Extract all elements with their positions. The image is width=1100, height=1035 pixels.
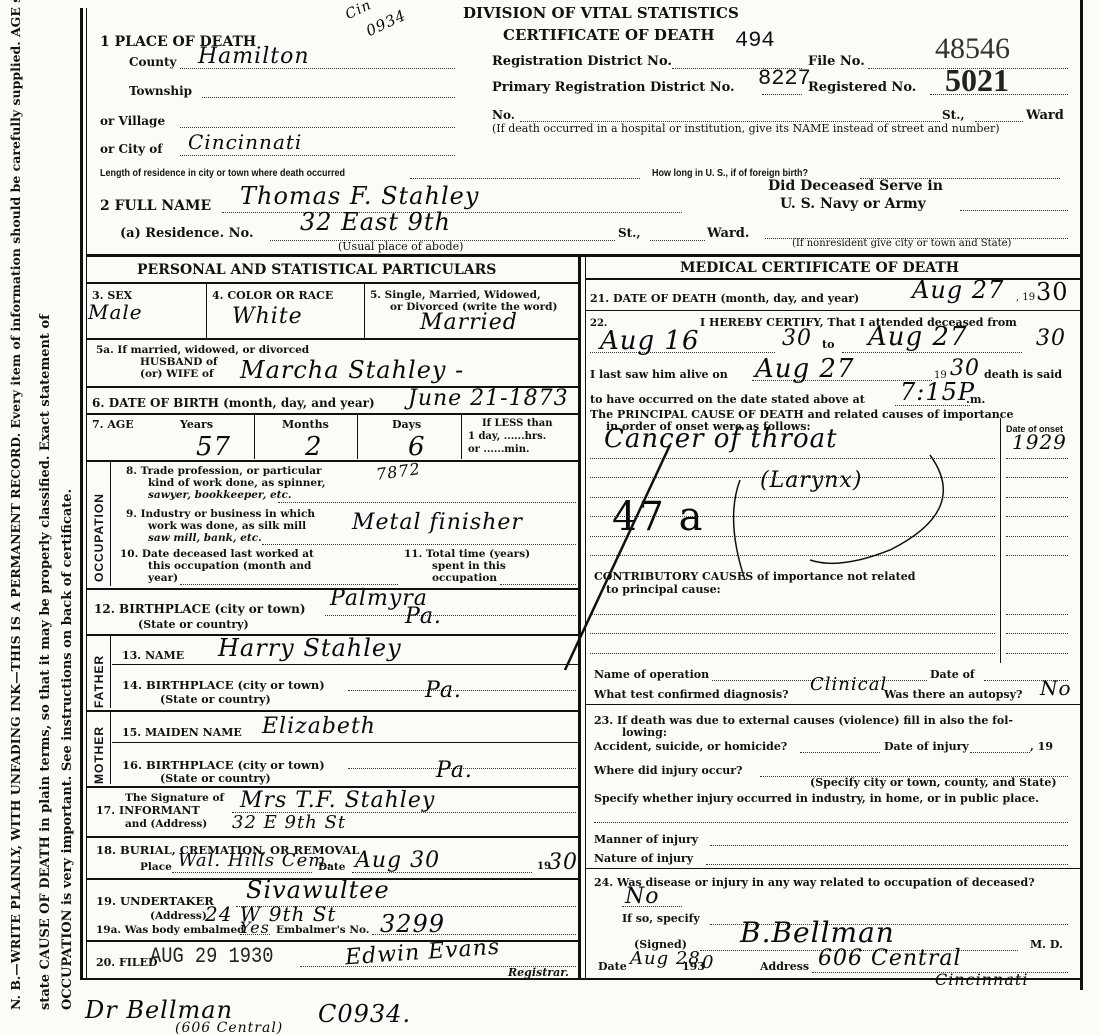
attended-to-value: Aug 27 [868, 322, 968, 352]
burial-place-line [172, 872, 312, 873]
if-so-label: If so, specify [622, 912, 700, 925]
undertaker-label: 19. UNDERTAKER [96, 894, 214, 908]
father-divider [110, 636, 111, 708]
manner-label: Manner of injury [594, 833, 698, 846]
row-rule-3 [86, 338, 578, 340]
onset-line-2 [1006, 477, 1068, 478]
residence-label: (a) Residence. No. [120, 226, 254, 241]
trade-label-1: 8. Trade profession, or particular [126, 465, 322, 477]
test-label: What test confirmed diagnosis? [594, 688, 789, 701]
days-divider [461, 415, 462, 459]
operation-date-label: Date of [930, 668, 975, 681]
contributory-onset-2 [1006, 633, 1068, 634]
full-name-value: Thomas F. Stahley [240, 182, 479, 210]
where-note: (Specify city or town, county, and State… [810, 776, 1057, 789]
burial-place-value: Wal. Hills Cem. [178, 850, 333, 871]
date-of-death-value: Aug 27 [912, 276, 1004, 304]
autopsy-value: No [1040, 676, 1072, 700]
industry-label-3: saw mill, bank, etc. [148, 532, 262, 544]
operation-label: Name of operation [594, 668, 709, 681]
mother-maiden-label: 15. MAIDEN NAME [122, 726, 242, 739]
trade-code: 7872 [375, 459, 422, 484]
row-rule-17 [86, 836, 578, 838]
onset-value: 1929 [1012, 430, 1067, 454]
informant-label-2: 17. INFORMANT [96, 804, 200, 817]
last-worked-label-1: 10. Date deceased last worked at [120, 548, 314, 560]
mother-vertical-label: MOTHER [92, 726, 106, 784]
street-no-label: No. [492, 108, 515, 122]
race-divider [364, 284, 365, 338]
residence-ward-label: Ward. [707, 226, 749, 241]
m-label: .m. [966, 393, 985, 406]
abode-note: (Usual place of abode) [338, 240, 463, 253]
residence-value: 32 East 9th [300, 208, 451, 236]
death-certificate: N. B.—WRITE PLAINLY, WITH UNFADING INK—T… [0, 0, 1100, 1035]
township-line [202, 97, 455, 98]
spouse-label-1: 5a. If married, widowed, or divorced [96, 344, 309, 356]
registered-no-value: 5021 [945, 62, 1009, 99]
medical-heading-rule [586, 278, 1080, 280]
full-name-line [222, 212, 682, 213]
burial-place-label: Place [140, 861, 172, 873]
last-saw-value: Aug 27 [755, 354, 855, 384]
occupation-divider [110, 462, 111, 586]
city-value: Cincinnati [188, 130, 302, 154]
date-of-death-year: 30 [1036, 278, 1069, 306]
registered-no-label: Registered No. [808, 80, 916, 95]
embalmed-label: 19a. Was body embalmed [96, 924, 244, 936]
date-of-death-label: 21. DATE OF DEATH (month, day, and year) [590, 292, 859, 305]
attended-to-line [842, 352, 1022, 353]
last-worked-label-2: this occupation (month and [148, 560, 311, 572]
county-label: County [129, 55, 177, 69]
section-divider-top [86, 254, 1080, 257]
length-residence-line [410, 178, 640, 179]
footer-note-code: C0934. [318, 1000, 411, 1028]
onset-line-6 [1006, 555, 1068, 556]
trade-line [278, 502, 576, 503]
informant-value: Mrs T.F. Stahley [240, 788, 435, 813]
margin-instruction-line-2: state CAUSE OF DEATH in plain terms, so … [38, 314, 53, 1010]
date-label: Date [598, 960, 627, 973]
informant-label-3: and (Address) [125, 818, 207, 830]
burial-date-label: Date [318, 861, 345, 873]
md-label: M. D. [1030, 938, 1063, 951]
birthplace-label-2: (State or country) [138, 618, 249, 631]
personal-heading: PERSONAL AND STATISTICAL PARTICULARS [137, 262, 496, 278]
nonresident-note: (If nonresident give city or town and St… [792, 238, 1011, 249]
occupation-vertical-label: OCCUPATION [92, 493, 106, 582]
accident-label: Accident, suicide, or homicide? [594, 740, 787, 753]
days-value: 6 [408, 432, 426, 462]
last-saw-label: I last saw him alive on [590, 368, 728, 381]
time-value: 7:15P [900, 378, 975, 406]
attended-from-value: Aug 16 [600, 326, 700, 356]
registration-district-value: 494 [735, 28, 775, 53]
full-name-label: 2 FULL NAME [100, 198, 211, 214]
length-residence-label: Length of residence in city or town wher… [100, 168, 345, 179]
onset-column-divider [1000, 418, 1001, 663]
onset-line-3 [1006, 497, 1068, 498]
accident-line [800, 752, 880, 753]
row-rule-7 [86, 460, 578, 462]
row-rule-6 [86, 413, 578, 415]
occupation-related-label: 24. Was disease or injury in any way rel… [594, 876, 1035, 889]
row-rule-15 [112, 742, 578, 743]
navy-army-label-1: Did Deceased Serve in [768, 178, 943, 194]
less-label-1: If LESS than [482, 418, 552, 429]
specify-place-label: Specify whether injury occurred in indus… [594, 792, 1039, 805]
address-value: 606 Central [818, 946, 962, 971]
dob-label: 6. DATE OF BIRTH (month, day, and year) [92, 396, 375, 410]
row-rule-14 [86, 710, 578, 712]
footer-note-line-2: (606 Central) [175, 1020, 283, 1035]
street-st-label: St., [942, 108, 965, 122]
father-birthplace-line [348, 690, 576, 691]
embalmer-no-label: Embalmer's No. [276, 924, 369, 936]
age-label: 7. AGE [92, 418, 134, 431]
informant-address: 32 E 9th St [232, 812, 346, 833]
undertaker-address-label: (Address) [150, 910, 207, 922]
primary-district-label: Primary Registration District No. [492, 80, 735, 95]
undertaker-value: Sivawultee [246, 876, 390, 904]
city-line [180, 155, 455, 156]
diagonal-slash-mark [560, 440, 680, 680]
nature-label: Nature of injury [594, 852, 693, 865]
frame-bottom [80, 978, 1083, 980]
personal-heading-rule [86, 282, 578, 284]
residence-st-label: St., [618, 226, 641, 240]
less-label-3: or ......min. [468, 444, 529, 455]
mother-birthplace-label-1: 16. BIRTHPLACE (city or town) [122, 758, 325, 772]
date-year-value: 0 [702, 952, 714, 973]
birthplace-state: Pa. [405, 604, 442, 629]
city-label: or City of [100, 142, 162, 156]
total-time-label-2: spent in this [432, 560, 506, 572]
residence-ward-line [650, 240, 705, 241]
years-divider [254, 415, 255, 459]
test-value: Clinical [810, 674, 887, 695]
village-label: or Village [100, 114, 165, 128]
informant-label-1: The Signature of [125, 792, 224, 804]
registration-district-label: Registration District No. [492, 54, 672, 69]
marital-value: Married [420, 310, 518, 335]
to-label: to [822, 338, 834, 351]
last-worked-label-3: year) [148, 572, 178, 584]
onset-line-1 [1006, 458, 1068, 459]
row-rule-19 [86, 940, 578, 942]
occurred-label: to have occurred on the date stated abov… [590, 393, 865, 406]
hospital-note: (If death occurred in a hospital or inst… [492, 122, 1000, 135]
certify-label: I HEREBY CERTIFY, That I attended deceas… [700, 316, 1017, 329]
contributory-onset-3 [1006, 653, 1068, 654]
marital-label-1: 5. Single, Married, Widowed, [370, 289, 541, 301]
occupation-related-value: No [625, 884, 660, 909]
total-time-label-3: occupation [432, 572, 497, 584]
frame-right [1080, 0, 1083, 990]
township-label: Township [129, 84, 192, 98]
spouse-value: Marcha Stahley - [240, 356, 464, 384]
external-label-2: lowing: [622, 726, 667, 739]
where-label: Where did injury occur? [594, 764, 743, 777]
frame-left-inner [86, 8, 87, 978]
file-no-value: 48546 [935, 32, 1010, 66]
village-line [180, 127, 455, 128]
embalmer-no-value: 3299 [380, 910, 445, 938]
onset-line-4 [1006, 516, 1068, 517]
injury-date-line [970, 752, 1030, 753]
father-vertical-label: FATHER [92, 655, 106, 708]
industry-label-2: work was done, as silk mill [148, 520, 306, 532]
attended-from-year: 30 [782, 326, 812, 351]
race-label: 4. COLOR OR RACE [212, 289, 333, 302]
father-birthplace-label-2: (State or country) [160, 693, 271, 706]
attended-to-year: 30 [1036, 326, 1066, 351]
registrar-label: Registrar. [508, 966, 569, 979]
medical-row-rule-op [586, 704, 1080, 705]
contributory-onset-1 [1006, 614, 1068, 615]
father-name-value: Harry Stahley [218, 634, 402, 662]
months-value: 2 [305, 432, 323, 462]
address-label: Address [760, 960, 809, 973]
frame-left [80, 8, 83, 978]
primary-district-value: 8227 [758, 66, 811, 91]
burial-year-value: 30 [548, 850, 578, 875]
mother-birthplace-value: Pa. [436, 758, 473, 783]
date-of-death-year-prefix: , 19 [1016, 292, 1035, 303]
nature-line [706, 864, 1068, 865]
last-worked-line [180, 584, 398, 585]
manner-line [710, 845, 1068, 846]
death-said-label: death is said [984, 368, 1062, 381]
race-value: White [232, 304, 303, 329]
spouse-label-3: (or) WIFE of [140, 368, 213, 380]
row-rule-13 [112, 664, 578, 665]
filed-stamp: AUG 29 1930 [150, 944, 273, 969]
cause-bracket-arc [720, 450, 960, 590]
industry-line [262, 544, 576, 545]
division-title: DIVISION OF VITAL STATISTICS [463, 4, 739, 22]
industry-value: Metal finisher [352, 510, 523, 535]
margin-instruction-line-3: OCCUPATION is very important. See instru… [60, 489, 75, 1010]
sex-value: Male [88, 300, 143, 324]
medical-row-rule-21 [586, 310, 1080, 311]
industry-label-1: 9. Industry or business in which [126, 508, 315, 520]
birthplace-line [325, 615, 576, 616]
navy-army-label-2: U. S. Navy or Army [780, 196, 926, 212]
mother-maiden-value: Elizabeth [262, 714, 376, 739]
father-birthplace-value: Pa. [425, 678, 462, 703]
months-label: Months [282, 418, 329, 431]
onset-line-5 [1006, 536, 1068, 537]
days-label: Days [392, 418, 421, 431]
burial-date-value: Aug 30 [355, 848, 440, 873]
injury-year-prefix: , 19 [1030, 740, 1053, 753]
years-value: 57 [196, 432, 231, 462]
signed-value: B.Bellman [740, 916, 895, 949]
mother-divider [110, 712, 111, 784]
specify-place-line [594, 822, 1068, 823]
trade-label-2: kind of work done, as spinner, [148, 477, 326, 489]
years-label: Years [180, 418, 213, 431]
father-birthplace-label-1: 14. BIRTHPLACE (city or town) [122, 678, 325, 692]
mother-birthplace-label-2: (State or country) [160, 772, 271, 785]
undertaker-address-value: 24 W 9th St [205, 902, 336, 926]
filed-label: 20. FILED [96, 956, 158, 969]
file-no-label: File No. [808, 54, 865, 69]
spouse-label-2: HUSBAND of [140, 356, 218, 368]
dob-value: June 21-1873 [408, 386, 569, 411]
margin-instruction-line-1: N. B.—WRITE PLAINLY, WITH UNFADING INK—T… [8, 0, 23, 1010]
medical-heading: MEDICAL CERTIFICATE OF DEATH [680, 260, 959, 276]
trade-label-3: sawyer, bookkeeper, etc. [148, 489, 292, 501]
medical-row-rule-23 [586, 868, 1080, 869]
sex-divider [206, 284, 207, 338]
certificate-title: CERTIFICATE OF DEATH [503, 26, 715, 44]
birthplace-label-1: 12. BIRTHPLACE (city or town) [94, 602, 306, 616]
injury-date-label: Date of injury [884, 740, 969, 753]
county-value: Hamilton [198, 44, 310, 69]
autopsy-label: Was there an autopsy? [884, 688, 1022, 701]
street-ward-label: Ward [1026, 108, 1064, 123]
primary-district-line [762, 94, 802, 95]
total-time-label-1: 11. Total time (years) [404, 548, 530, 560]
less-label-2: 1 day, ......hrs. [468, 431, 546, 442]
father-name-label: 13. NAME [122, 649, 184, 662]
navy-army-line [960, 210, 1068, 211]
months-divider [357, 415, 358, 459]
address-value-2: Cincinnati [935, 970, 1028, 989]
embalmed-value: Yes [240, 918, 270, 937]
